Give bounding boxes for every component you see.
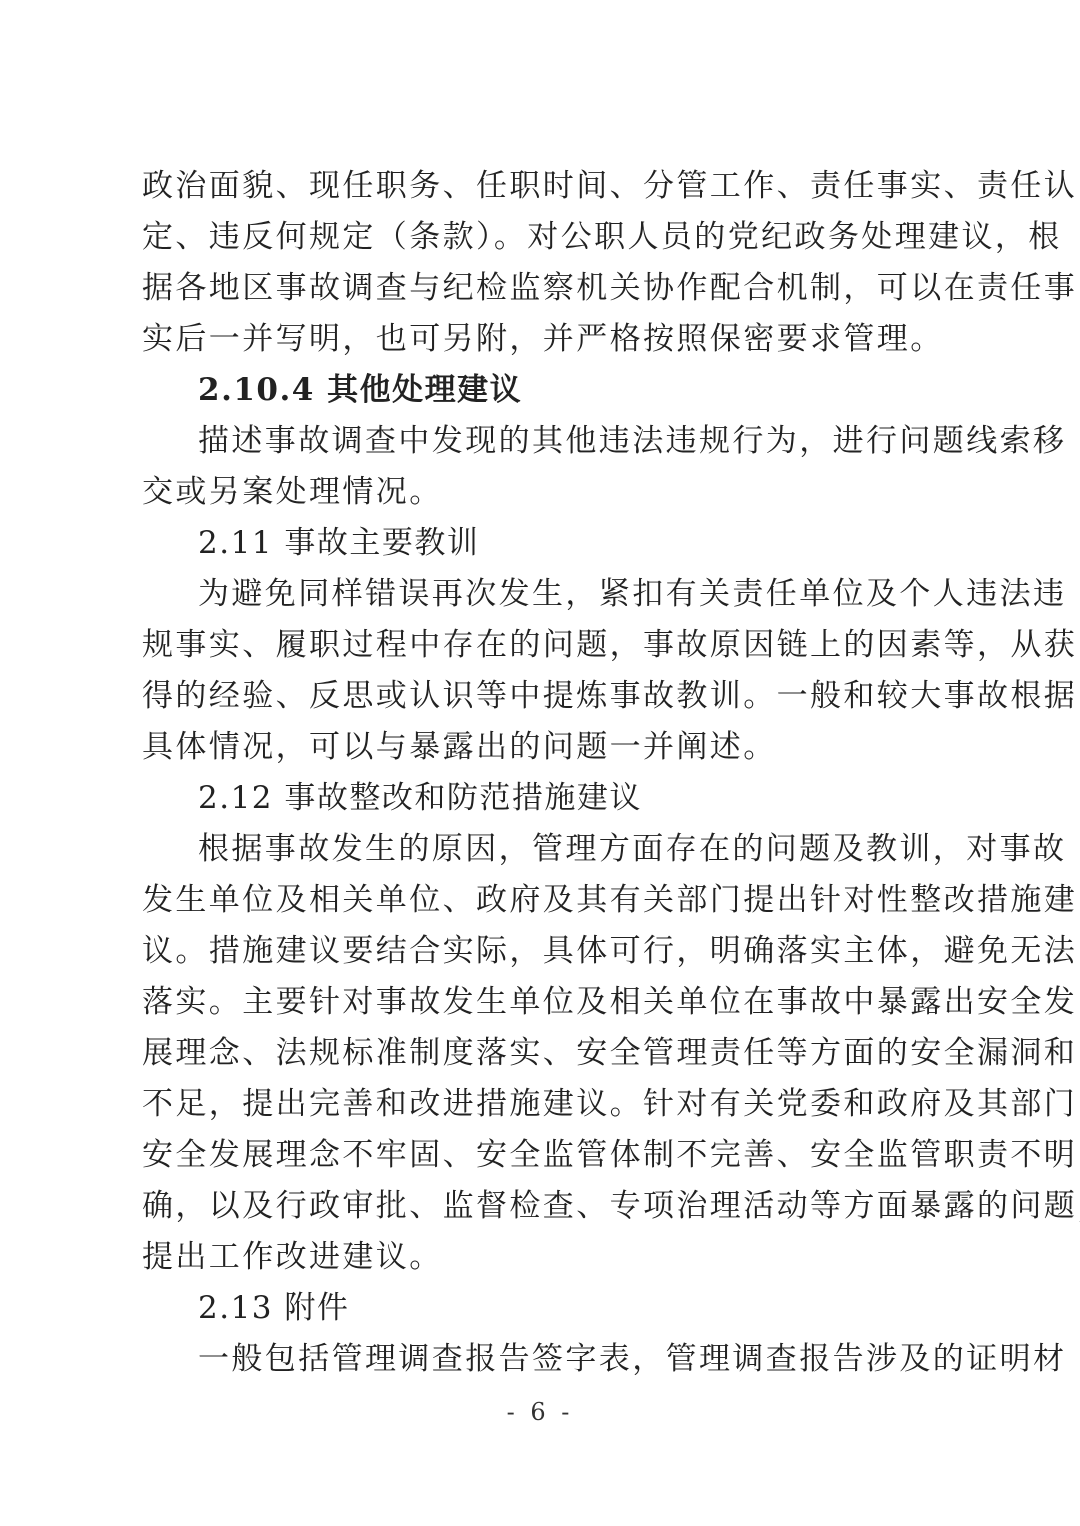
body-line: 展理念、法规标准制度落实、安全管理责任等方面的安全漏洞和 [142,1028,942,1078]
body-line: 提出工作改进建议。 [142,1232,942,1282]
body-line: 安全发展理念不牢固、安全监管体制不完善、安全监管职责不明 [142,1130,942,1180]
body-line: 据各地区事故调查与纪检监察机关协作配合机制，可以在责任事 [142,263,942,313]
body-line: 发生单位及相关单位、政府及其有关部门提出针对性整改措施建 [142,875,942,925]
body-line: 具体情况，可以与暴露出的问题一并阐述。 [142,722,942,772]
section-heading-2-11: 2.11 事故主要教训 [198,518,942,568]
body-line: 不足，提出完善和改进措施建议。针对有关党委和政府及其部门 [142,1079,942,1129]
body-line: 描述事故调查中发现的其他违法违规行为，进行问题线索移 [198,416,942,466]
body-line: 规事实、履职过程中存在的问题，事故原因链上的因素等，从获 [142,620,942,670]
section-heading-2-13: 2.13 附件 [198,1283,942,1333]
body-line: 为避免同样错误再次发生，紧扣有关责任单位及个人违法违 [198,569,942,619]
body-line: 交或另案处理情况。 [142,467,942,517]
body-line: 议。措施建议要结合实际，具体可行，明确落实主体，避免无法 [142,926,942,976]
body-line: 落实。主要针对事故发生单位及相关单位在事故中暴露出安全发 [142,977,942,1027]
body-line: 一般包括管理调查报告签字表，管理调查报告涉及的证明材 [198,1334,942,1384]
body-line: 实后一并写明，也可另附，并严格按照保密要求管理。 [142,314,942,364]
document-page: 政治面貌、现任职务、任职时间、分管工作、责任事实、责任认 定、违反何规定（条款）… [0,0,1080,1526]
body-line: 得的经验、反思或认识等中提炼事故教训。一般和较大事故根据 [142,671,942,721]
page-number: - 6 - [0,1395,1080,1429]
body-line: 确，以及行政审批、监督检查、专项治理活动等方面暴露的问题， [142,1181,942,1231]
section-heading-2-12: 2.12 事故整改和防范措施建议 [198,773,942,823]
body-line: 根据事故发生的原因，管理方面存在的问题及教训，对事故 [198,824,942,874]
body-line: 定、违反何规定（条款）。对公职人员的党纪政务处理建议，根 [142,212,942,262]
body-line: 政治面貌、现任职务、任职时间、分管工作、责任事实、责任认 [142,161,942,211]
section-heading-2-10-4: 2.10.4 其他处理建议 [198,365,942,415]
